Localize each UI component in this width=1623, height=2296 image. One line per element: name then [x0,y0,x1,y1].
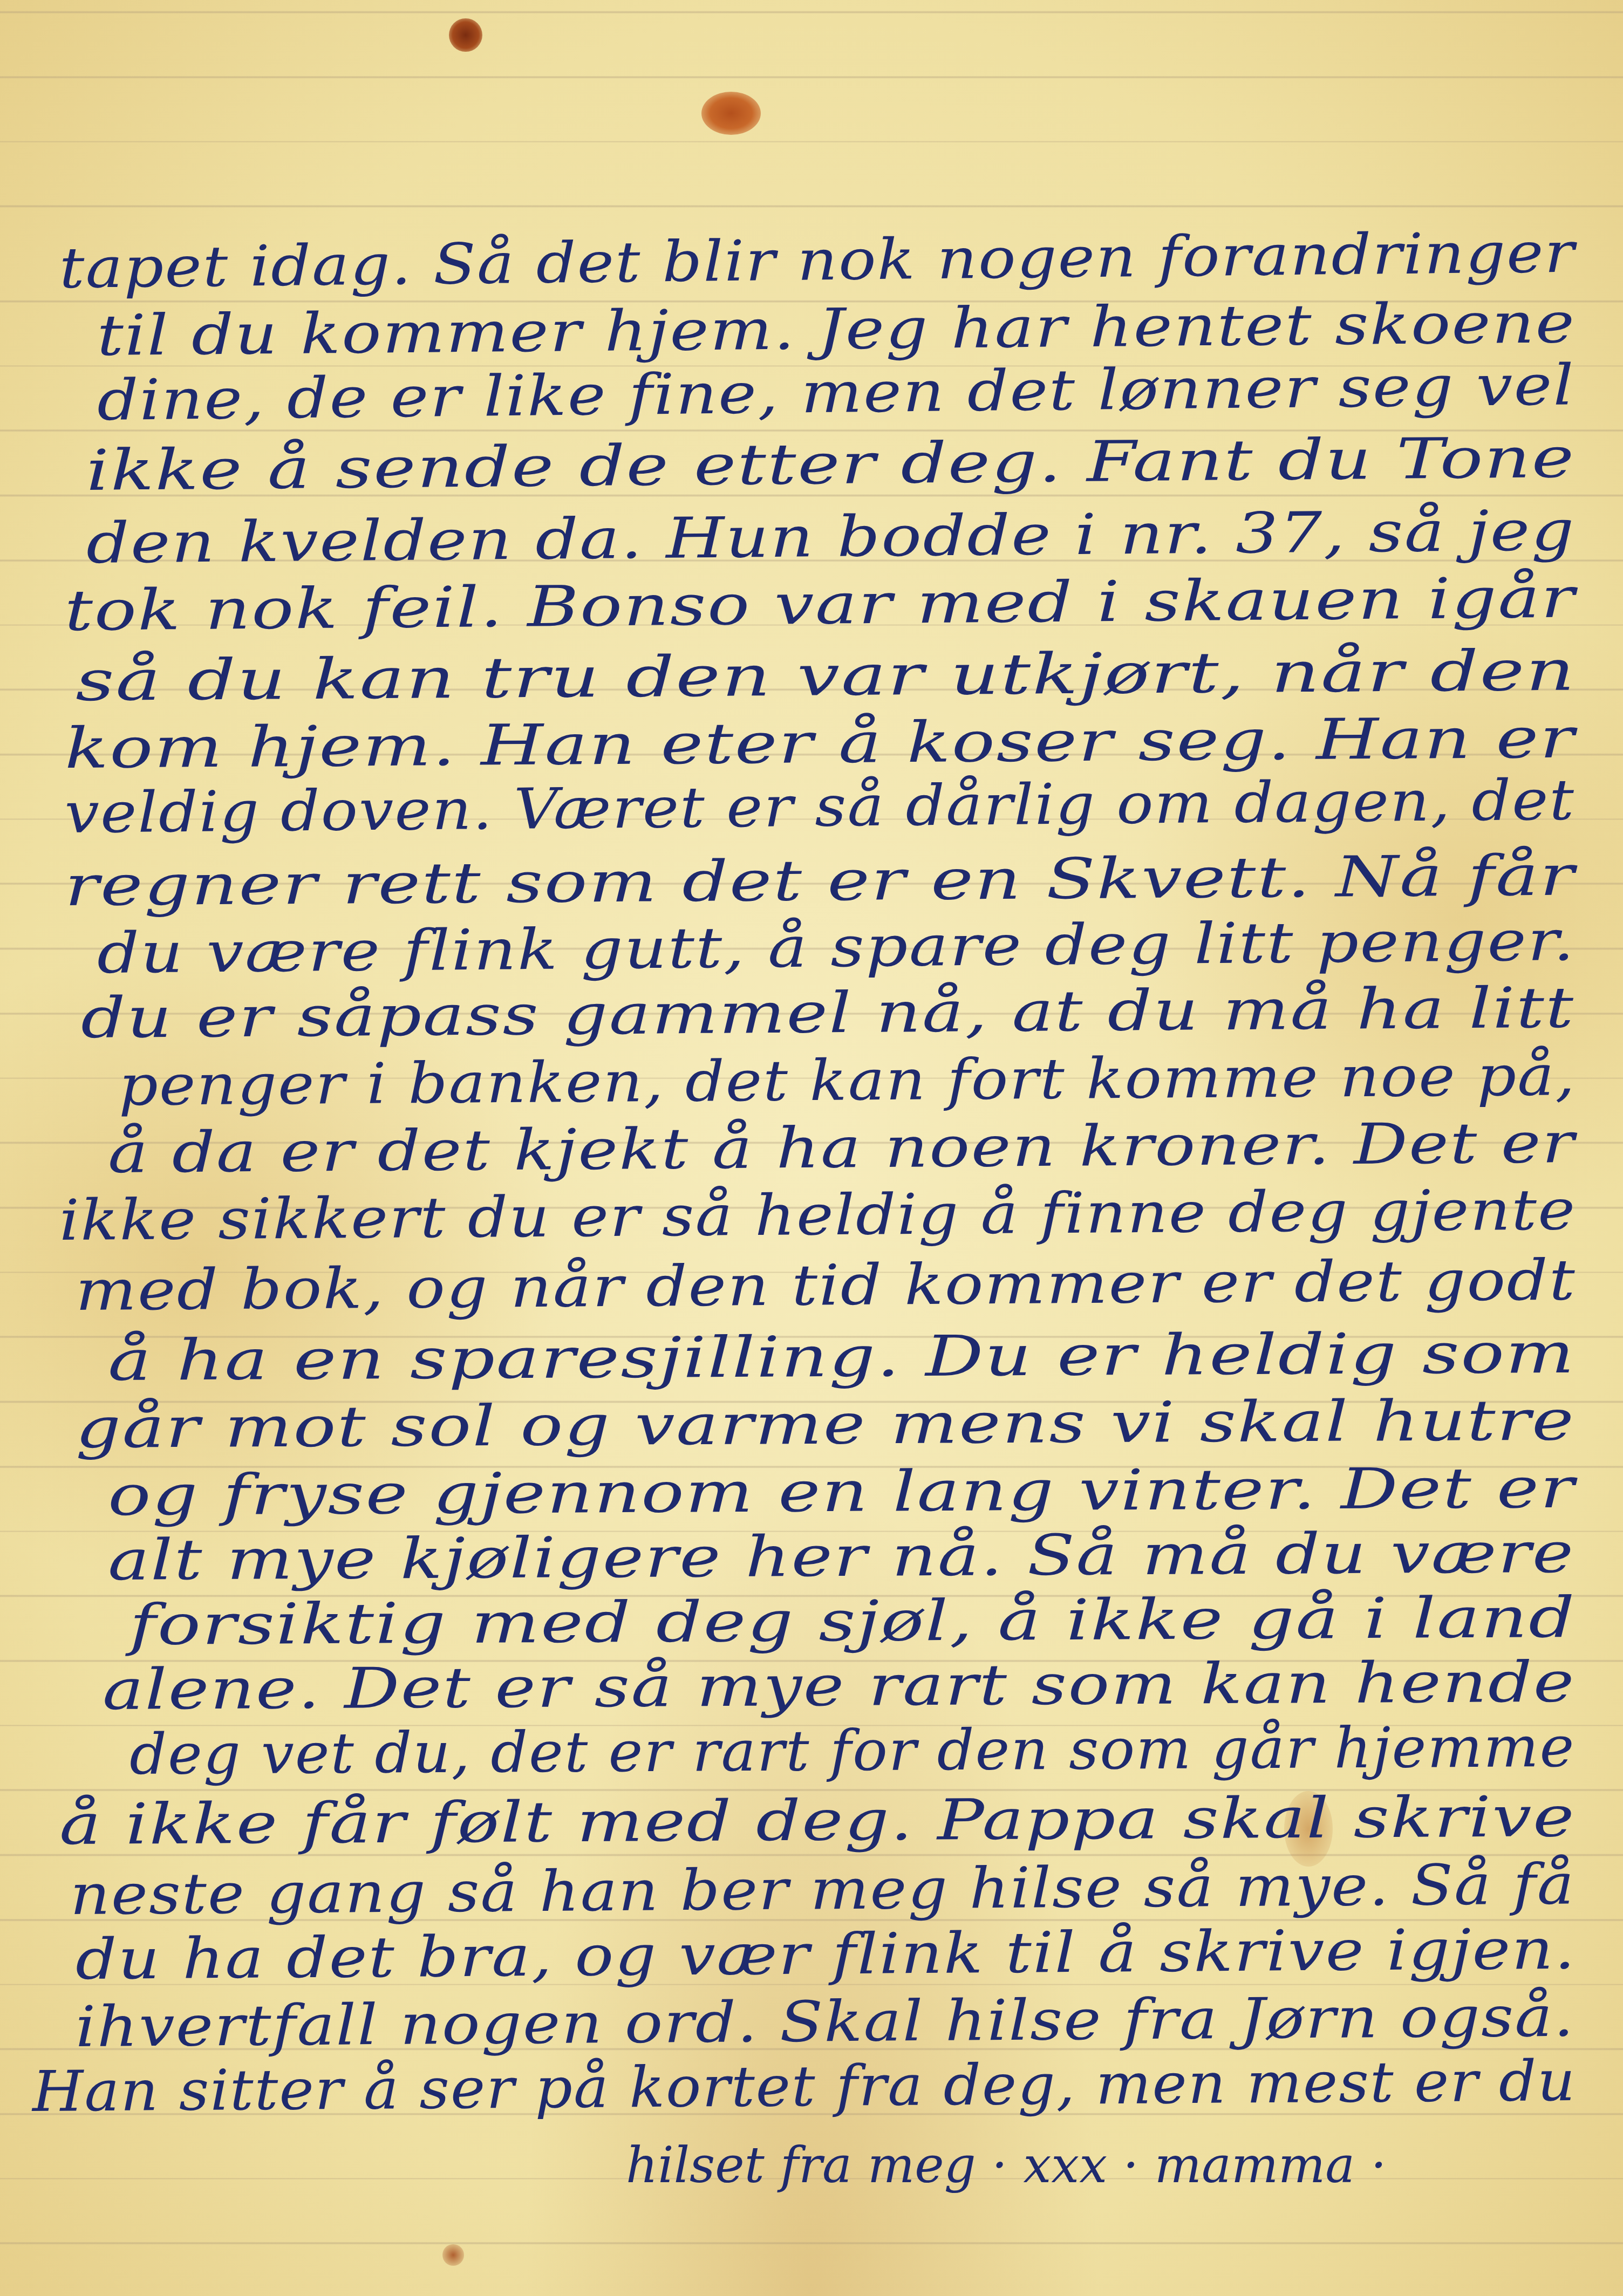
letter-line: penger i banken, det kan fort komme noe … [119,1047,1576,1113]
letter-line: neste gang så han ber meg hilse så mye. … [70,1856,1576,1923]
letter-line: du er såpass gammel nå, at du må ha litt [81,980,1575,1046]
letter-line: alt mye kjøligere her nå. Så må du være [108,1525,1575,1588]
letter-line: du være flink gutt, å spare deg litt pen… [97,912,1576,981]
letter-closing-signature: hilset fra meg · xxx · mamma · [626,2136,1387,2194]
letter-line: deg vet du, det er rart for den som går … [129,1719,1576,1782]
letter-line: Han sitter å ser på kortet fra deg, men … [32,2053,1577,2120]
letter-line: tapet idag. Så det blir nok nogen forand… [59,224,1576,296]
letter-line: til du kommer hjem. Jeg har hentet skoen… [97,295,1576,364]
letter-line: forsiktig med deg sjøl, å ikke gå i land [129,1589,1576,1653]
letter-line: veldig doven. Været er så dårlig om dage… [65,772,1576,841]
letter-line: går mot sol og varme mens vi skal hutre [76,1392,1576,1456]
letter-line: å ikke får følt med deg. Pappa skal skri… [59,1788,1576,1853]
letter-line: du ha det bra, og vær flink til å skrive… [76,1921,1577,1987]
letter-line: den kvelden da. Hun bodde i nr. 37, så j… [86,502,1576,571]
letter-line: så du kan tru den var utkjørt, når den [76,643,1576,709]
letter-page: tapet idag. Så det blir nok nogen forand… [0,0,1623,2296]
letter-line: kom hjem. Han eter å koser seg. Han er [65,709,1576,776]
letter-line: å ha en sparesjilling. Du er heldig som [108,1325,1576,1389]
letter-line: ikke sikkert du er så heldig å finne deg… [59,1181,1577,1248]
letter-line: og fryse gjennom en lang vinter. Det er [108,1460,1576,1523]
letter-line: ihvertfall nogen ord. Skal hilse fra Jør… [76,1988,1576,2055]
letter-body: tapet idag. Så det blir nok nogen forand… [0,0,1623,2296]
letter-line: alene. Det er så mye rart som kan hende [103,1654,1576,1718]
letter-line: å da er det kjekt å ha noen kroner. Det … [108,1115,1576,1181]
letter-line: tok nok feil. Bonso var med i skauen igå… [65,570,1576,639]
letter-line: med bok, og når den tid kommer er det go… [76,1252,1577,1318]
letter-line: regner rett som det er en Skvett. Nå får [65,847,1576,914]
letter-line: ikke å sende de etter deg. Fant du Tone [86,429,1576,498]
letter-line: dine, de er like fine, men det lønner se… [97,357,1575,428]
